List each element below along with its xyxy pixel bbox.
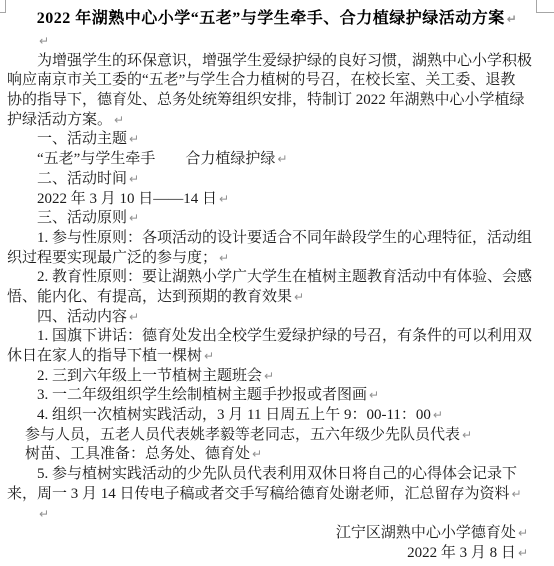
paragraph-mark-icon: ↵ (252, 447, 262, 461)
paragraph-mark-icon: ↵ (264, 369, 274, 383)
text-line: 江宁区湖熟中心小学德育处↵ (7, 524, 546, 544)
text-line: 三、活动原则↵ (7, 209, 546, 229)
text-line: 4. 组织一次植树实践活动，3 月 11 日周五上午 9：00-11：00↵ (7, 406, 546, 426)
paragraph-mark-icon: ↵ (518, 526, 528, 540)
document-body: ↵为增强学生的环保意识，增强学生爱绿护绿的良好习惯，湖熟中心小学积极响应南京市关… (7, 32, 546, 564)
line-text: 1. 参与性原则：各项活动的设计要适合不同年龄段学生的心理特征，活动组 (37, 230, 532, 246)
line-text: 二、活动时间 (37, 171, 127, 187)
paragraph-mark-icon: ↵ (129, 132, 139, 146)
line-text: 来，周一 3 月 14 日传电子稿或者交手写稿给德育处谢老师，汇总留存为资料 (7, 486, 510, 502)
text-line: ↵ (7, 505, 546, 525)
text-line: 2022 年 3 月 8 日↵ (7, 544, 546, 564)
text-line: 5. 参与植树实践活动的少先队员代表利用双休日将自己的心得体会记录下 (7, 465, 546, 485)
text-line: 1. 国旗下讲话：德育处发出全校学生爱绿护绿的号召，有条件的可以利用双 (7, 327, 546, 347)
text-line: 二、活动时间↵ (7, 170, 546, 190)
paragraph-mark-icon: ↵ (129, 211, 139, 225)
line-text: 协的指导下，德育处、总务处统筹组织安排，特制订 2022 年湖熟中心小学植绿 (7, 92, 525, 108)
line-text: 一、活动主题 (37, 131, 127, 147)
text-line: 2. 三到六年级上一节植树主题班会↵ (7, 367, 546, 387)
text-line: 为增强学生的环保意识，增强学生爱绿护绿的良好习惯，湖熟中心小学积极 (7, 52, 546, 72)
paragraph-mark-icon: ↵ (462, 428, 472, 442)
document-title-text: 2022 年湖熟中心小学“五老”与学生牵手、合力植绿护绿活动方案 (37, 10, 505, 27)
line-text: “五老”与学生牵手 合力植绿护绿 (37, 151, 275, 167)
text-line: 来，周一 3 月 14 日传电子稿或者交手写稿给德育处谢老师，汇总留存为资料↵ (7, 485, 546, 505)
line-text: 为增强学生的环保意识，增强学生爱绿护绿的良好习惯，湖熟中心小学积极 (37, 53, 532, 69)
text-line: 参与人员，五老人员代表姚孝毅等老同志，五六年级少先队员代表↵ (7, 426, 546, 446)
paragraph-mark-icon: ↵ (219, 192, 229, 206)
line-text: 1. 国旗下讲话：德育处发出全校学生爱绿护绿的号召，有条件的可以利用双 (37, 328, 532, 344)
paragraph-mark-icon: ↵ (277, 152, 287, 166)
text-line: 响应南京市关工委的“五老”与学生合力植树的号召，在校长室、关工委、退教 (7, 71, 546, 91)
paragraph-mark-icon: ↵ (204, 349, 214, 363)
paragraph-mark-icon: ↵ (294, 290, 304, 304)
line-text: 织过程要实现最广泛的参与度； (7, 250, 217, 266)
paragraph-mark-icon: ↵ (433, 408, 443, 422)
text-line: 3. 一二年级组织学生绘制植树主题手抄报或者图画↵ (7, 386, 546, 406)
paragraph-mark-icon: ↵ (507, 12, 518, 26)
text-line: 一、活动主题↵ (7, 130, 546, 150)
line-text: 四、活动内容 (37, 309, 127, 325)
line-text: 悟、能内化、有提高，达到预期的教育效果 (7, 289, 292, 305)
text-line: ↵ (7, 32, 546, 52)
line-text: 2022 年 3 月 8 日 (407, 545, 516, 561)
document-page: 2022 年湖熟中心小学“五老”与学生牵手、合力植绿护绿活动方案↵ ↵为增强学生… (0, 0, 554, 566)
paragraph-mark-icon: ↵ (512, 487, 522, 501)
text-line: 悟、能内化、有提高，达到预期的教育效果↵ (7, 288, 546, 308)
line-text: 3. 一二年级组织学生绘制植树主题手抄报或者图画 (37, 387, 367, 403)
line-text: 三、活动原则 (37, 210, 127, 226)
text-line: 2. 教育性原则：要让湖熟小学广大学生在植树主题教育活动中有体验、会感 (7, 268, 546, 288)
text-line: 协的指导下，德育处、总务处统筹组织安排，特制订 2022 年湖熟中心小学植绿 (7, 91, 546, 111)
text-line: 护绿活动方案。↵ (7, 111, 546, 131)
paragraph-mark-icon: ↵ (369, 388, 379, 402)
paragraph-mark-icon: ↵ (39, 507, 49, 521)
paragraph-mark-icon: ↵ (129, 172, 139, 186)
line-text: 2. 三到六年级上一节植树主题班会 (37, 368, 262, 384)
line-text: 5. 参与植树实践活动的少先队员代表利用双休日将自己的心得体会记录下 (37, 466, 517, 482)
text-line: “五老”与学生牵手 合力植绿护绿↵ (7, 150, 546, 170)
text-line: 树苗、工具准备：总务处、德育处↵ (7, 445, 546, 465)
text-line: 休日在家人的指导下植一棵树↵ (7, 347, 546, 367)
line-text: 2022 年 3 月 10 日——14 日 (37, 191, 217, 207)
document-title: 2022 年湖熟中心小学“五老”与学生牵手、合力植绿护绿活动方案↵ (0, 0, 554, 32)
line-text: 休日在家人的指导下植一棵树 (7, 348, 202, 364)
paragraph-mark-icon: ↵ (219, 251, 229, 265)
line-text: 参与人员，五老人员代表姚孝毅等老同志，五六年级少先队员代表 (25, 427, 460, 443)
paragraph-mark-icon: ↵ (114, 113, 124, 127)
line-text: 2. 教育性原则：要让湖熟小学广大学生在植树主题教育活动中有体验、会感 (37, 269, 532, 285)
text-line: 2022 年 3 月 10 日——14 日↵ (7, 190, 546, 210)
line-text: 江宁区湖熟中心小学德育处 (336, 525, 516, 541)
line-text: 树苗、工具准备：总务处、德育处 (25, 446, 250, 462)
text-line: 四、活动内容↵ (7, 308, 546, 328)
text-line: 织过程要实现最广泛的参与度；↵ (7, 249, 546, 269)
paragraph-mark-icon: ↵ (39, 34, 49, 48)
paragraph-mark-icon: ↵ (129, 310, 139, 324)
line-text: 响应南京市关工委的“五老”与学生合力植树的号召，在校长室、关工委、退教 (7, 72, 515, 88)
line-text: 护绿活动方案。 (7, 112, 112, 128)
line-text: 4. 组织一次植树实践活动，3 月 11 日周五上午 9：00-11：00 (37, 407, 431, 423)
paragraph-mark-icon: ↵ (518, 546, 528, 560)
text-line: 1. 参与性原则：各项活动的设计要适合不同年龄段学生的心理特征，活动组 (7, 229, 546, 249)
